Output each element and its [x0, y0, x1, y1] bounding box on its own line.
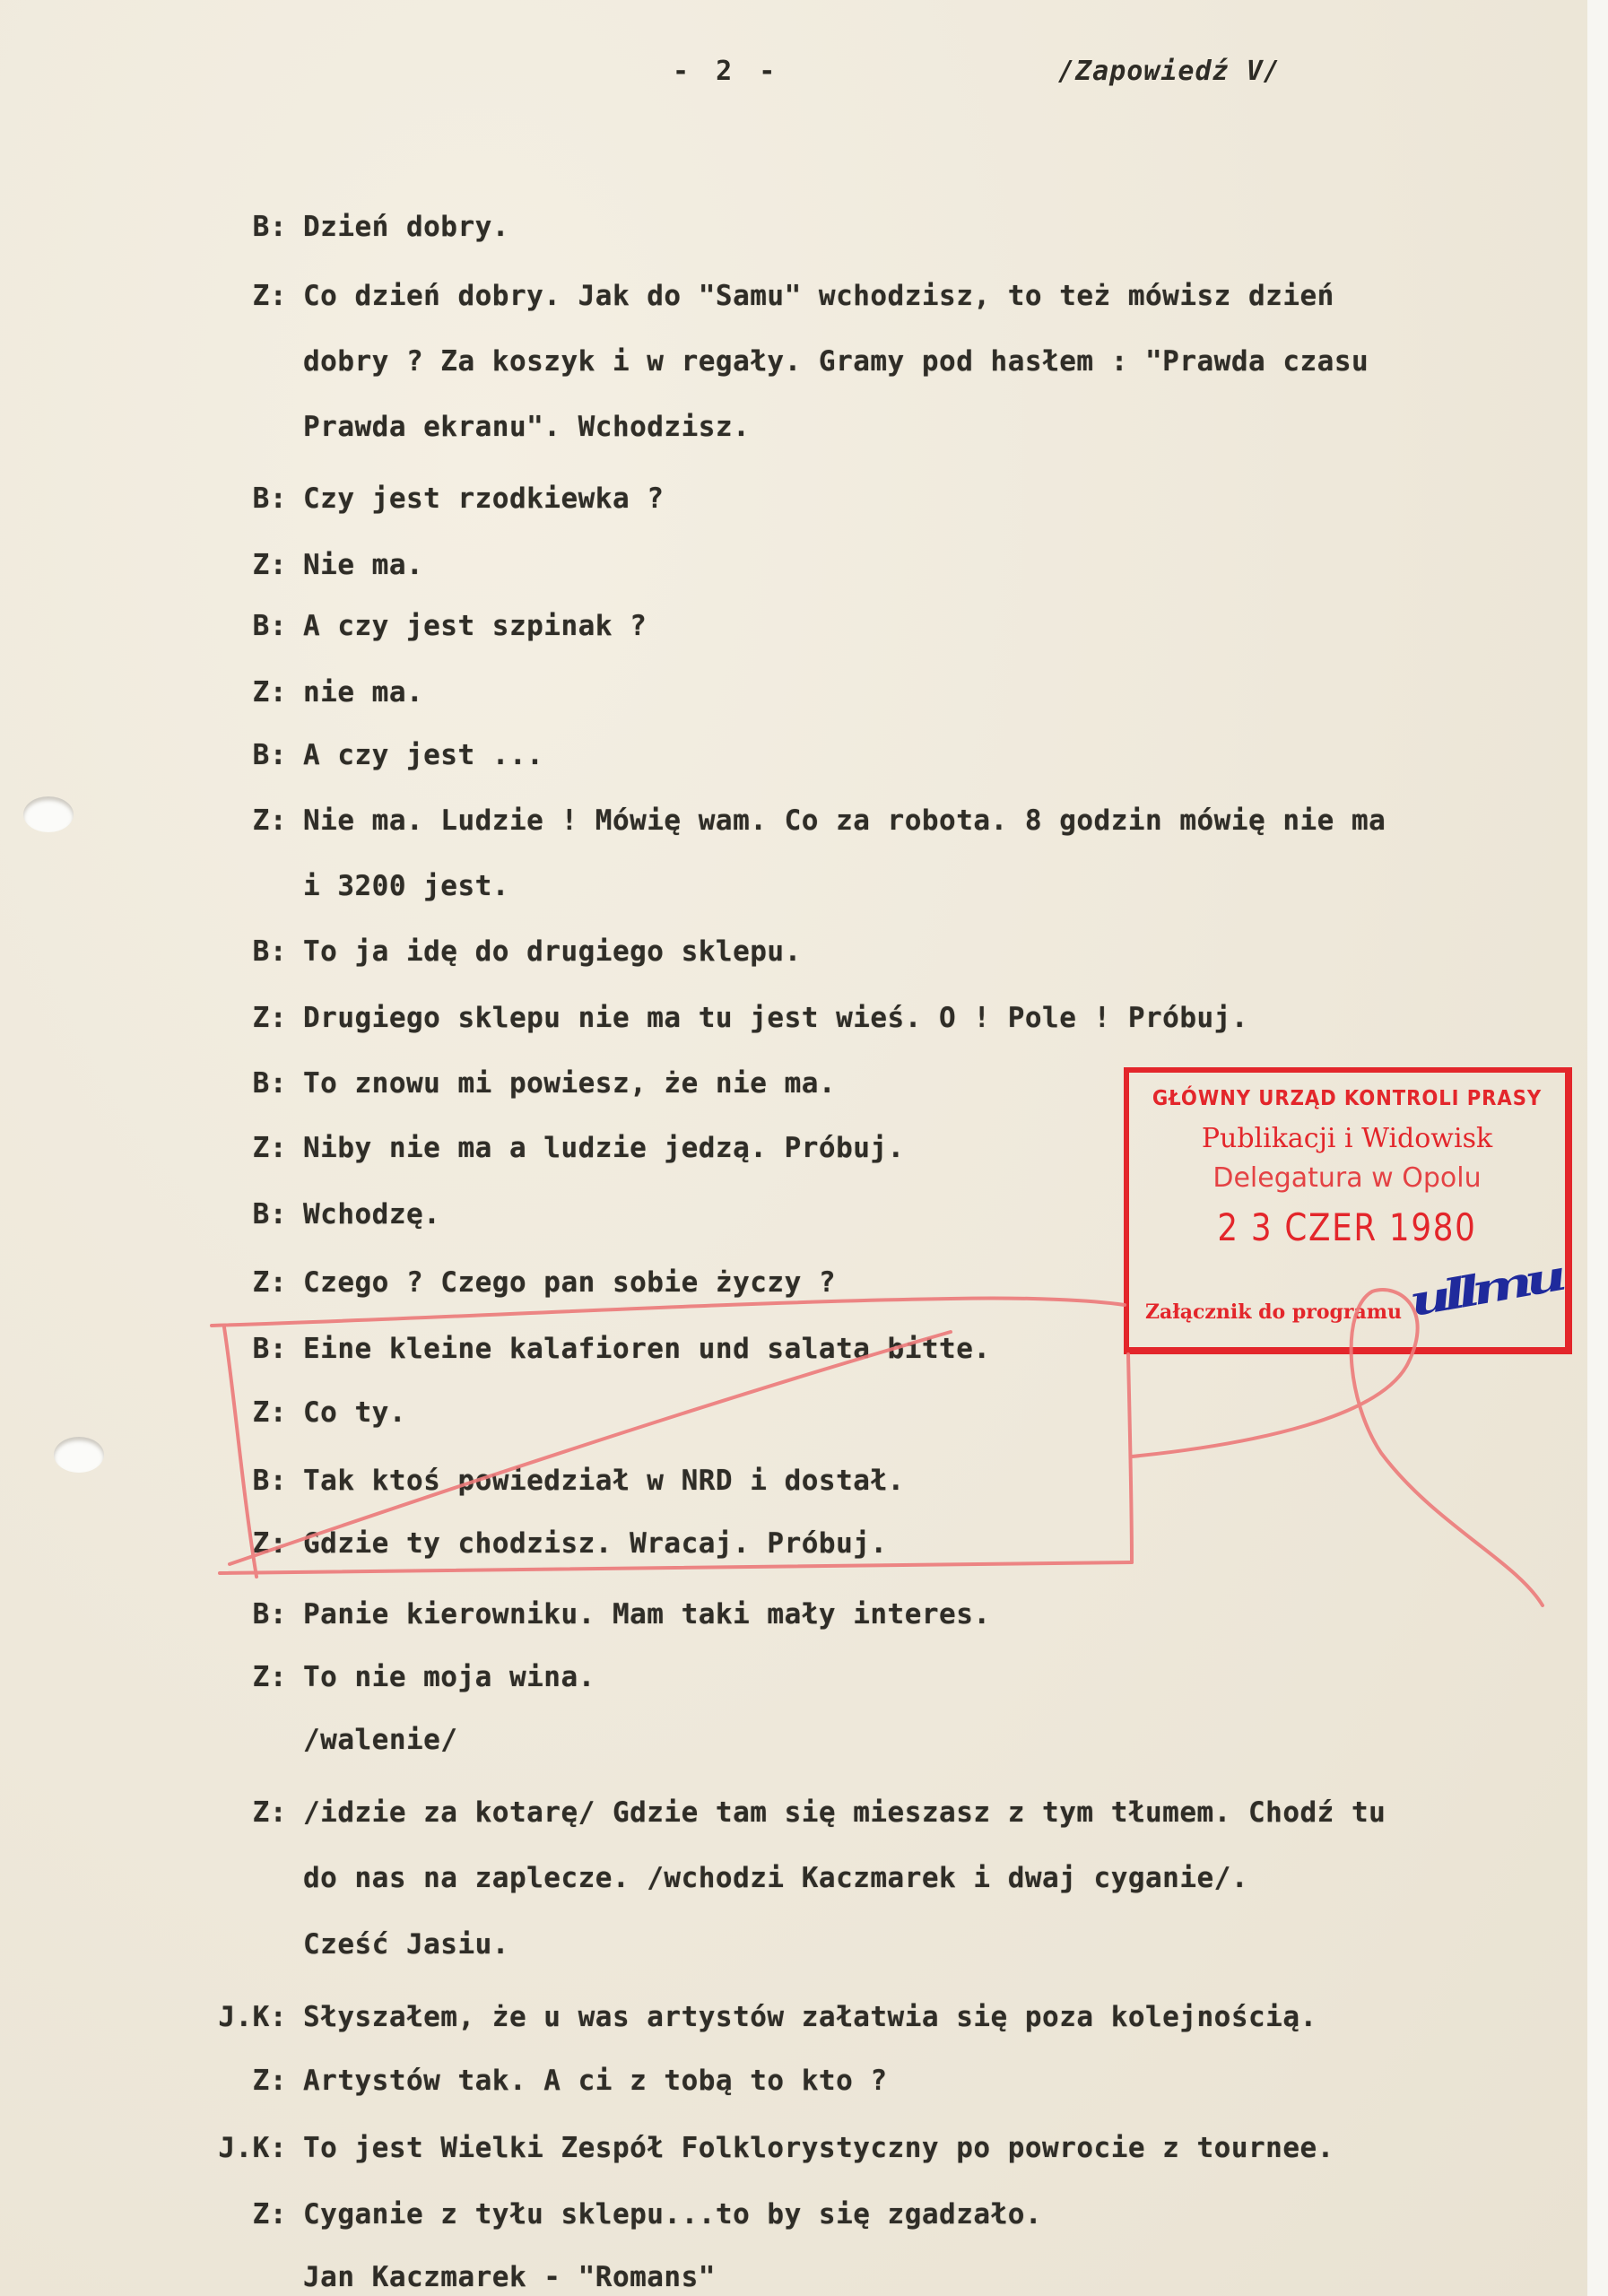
script-line: B:Eine kleine kalafioren und salata bitt… [233, 1333, 991, 1365]
speaker-label: B: [233, 1198, 287, 1231]
line-text: Artystów tak. A ci z tobą to kto ? [303, 2065, 888, 2097]
script-line: Z:Nie ma. Ludzie ! Mówię wam. Co za robo… [233, 804, 1386, 837]
speaker-label: B: [233, 211, 287, 243]
script-line: Jan Kaczmarek - "Romans" [303, 2261, 716, 2293]
line-text: dobry ? Za koszyk i w regały. Gramy pod … [303, 345, 1369, 378]
script-line: J.K:To jest Wielki Zespół Folklorystyczn… [178, 2132, 1334, 2164]
speaker-label: B: [233, 610, 287, 642]
scan-background [1587, 0, 1608, 2296]
line-text: Prawda ekranu". Wchodzisz. [303, 411, 750, 443]
line-text: Niby nie ma a ludzie jedzą. Próbuj. [303, 1132, 905, 1164]
script-line: J.K:Słyszałem, że u was artystów załatwi… [178, 2001, 1317, 2033]
speaker-label: Z: [233, 1661, 287, 1693]
line-text: A czy jest szpinak ? [303, 610, 647, 642]
page-number: - 2 - [673, 56, 780, 87]
line-text: To nie moja wina. [303, 1661, 595, 1693]
line-text: Drugiego sklepu nie ma tu jest wieś. O !… [303, 1002, 1248, 1034]
line-text: A czy jest ... [303, 739, 543, 771]
speaker-label: B: [233, 1465, 287, 1497]
script-line: Z:Cyganie z tyłu sklepu...to by się zgad… [233, 2198, 1042, 2231]
script-line: Z:Nie ma. [233, 549, 423, 581]
speaker-label: B: [233, 739, 287, 771]
speaker-label: B: [233, 935, 287, 968]
script-line: Prawda ekranu". Wchodzisz. [303, 411, 750, 443]
script-line: Z:To nie moja wina. [233, 1661, 595, 1693]
line-text: Nie ma. Ludzie ! Mówię wam. Co za robota… [303, 804, 1386, 837]
line-text: Tak ktoś powiedział w NRD i dostał. [303, 1465, 905, 1497]
script-line: i 3200 jest. [303, 870, 509, 902]
line-text: To znowu mi powiesz, że nie ma. [303, 1067, 836, 1100]
stamp-note: Załącznik do programu [1145, 1300, 1402, 1324]
script-line: Z:nie ma. [233, 676, 423, 709]
script-line: Z:Artystów tak. A ci z tobą to kto ? [233, 2065, 888, 2097]
script-line: dobry ? Za koszyk i w regały. Gramy pod … [303, 345, 1369, 378]
page-header: - 2 - /Zapowiedź V/ [0, 47, 1608, 100]
script-line: B:To znowu mi powiesz, że nie ma. [233, 1067, 836, 1100]
line-text: Słyszałem, że u was artystów załatwia si… [303, 2001, 1317, 2033]
speaker-label: B: [233, 1333, 287, 1365]
speaker-label: J.K: [178, 2132, 287, 2164]
script-line: B:Panie kierowniku. Mam taki mały intere… [233, 1598, 991, 1631]
speaker-label: Z: [233, 804, 287, 837]
line-text: Wchodzę. [303, 1198, 440, 1231]
script-line: Z:/idzie za kotarę/ Gdzie tam się miesza… [233, 1796, 1386, 1829]
line-text: Eine kleine kalafioren und salata bitte. [303, 1333, 991, 1365]
script-line: B:Dzień dobry. [233, 211, 509, 243]
line-text: Czy jest rzodkiewka ? [303, 483, 664, 515]
line-text: Dzień dobry. [303, 211, 509, 243]
script-line: Z:Co dzień dobry. Jak do "Samu" wchodzis… [233, 280, 1334, 312]
punch-hole-bottom [54, 1437, 104, 1473]
speaker-label: Z: [233, 280, 287, 312]
script-line: Z:Czego ? Czego pan sobie życzy ? [233, 1266, 836, 1299]
script-line: Z:Co ty. [233, 1396, 406, 1429]
speaker-label: Z: [233, 2198, 287, 2231]
stamp-office: GŁÓWNY URZĄD KONTROLI PRASY [1146, 1087, 1547, 1110]
script-line: Z:Drugiego sklepu nie ma tu jest wieś. O… [233, 1002, 1248, 1034]
line-text: /walenie/ [303, 1724, 457, 1756]
script-line: do nas na zaplecze. /wchodzi Kaczmarek i… [303, 1862, 1248, 1894]
line-text: do nas na zaplecze. /wchodzi Kaczmarek i… [303, 1862, 1248, 1894]
script-line: B:Wchodzę. [233, 1198, 440, 1231]
script-line: B:Czy jest rzodkiewka ? [233, 483, 664, 515]
script-line: B:A czy jest ... [233, 739, 543, 771]
speaker-label: B: [233, 1598, 287, 1631]
line-text: Co dzień dobry. Jak do "Samu" wchodzisz,… [303, 280, 1334, 312]
speaker-label: Z: [233, 1396, 287, 1429]
script-line: Z:Gdzie ty chodzisz. Wracaj. Próbuj. [233, 1527, 888, 1560]
line-text: Panie kierowniku. Mam taki mały interes. [303, 1598, 991, 1631]
script-line: Cześć Jasiu. [303, 1928, 509, 1961]
speaker-label: Z: [233, 2065, 287, 2097]
script-line: B:To ja idę do drugiego sklepu. [233, 935, 802, 968]
script-line: /walenie/ [303, 1724, 457, 1756]
speaker-label: Z: [233, 1002, 287, 1034]
speaker-label: Z: [233, 676, 287, 709]
script-line: B:A czy jest szpinak ? [233, 610, 647, 642]
speaker-label: Z: [233, 1527, 287, 1560]
script-line: Z:Niby nie ma a ludzie jedzą. Próbuj. [233, 1132, 905, 1164]
censor-stamp: GŁÓWNY URZĄD KONTROLI PRASY Publikacji i… [1124, 1067, 1572, 1354]
speaker-label: Z: [233, 1796, 287, 1829]
line-text: To ja idę do drugiego sklepu. [303, 935, 802, 968]
section-label: /Zapowiedź V/ [1058, 56, 1281, 87]
line-text: Czego ? Czego pan sobie życzy ? [303, 1266, 836, 1299]
stamp-date: 2 3 CZER 1980 [1161, 1205, 1532, 1249]
speaker-label: J.K: [178, 2001, 287, 2033]
line-text: Gdzie ty chodzisz. Wracaj. Próbuj. [303, 1527, 888, 1560]
line-text: /idzie za kotarę/ Gdzie tam się mieszasz… [303, 1796, 1386, 1829]
line-text: Cyganie z tyłu sklepu...to by się zgadza… [303, 2198, 1042, 2231]
speaker-label: B: [233, 1067, 287, 1100]
line-text: Co ty. [303, 1396, 406, 1429]
punch-hole-top [23, 796, 74, 832]
line-text: Nie ma. [303, 549, 423, 581]
line-text: nie ma. [303, 676, 423, 709]
speaker-label: B: [233, 483, 287, 515]
script-line: B:Tak ktoś powiedział w NRD i dostał. [233, 1465, 905, 1497]
stamp-department: Publikacji i Widowisk [1129, 1123, 1565, 1154]
speaker-label: Z: [233, 1266, 287, 1299]
speaker-label: Z: [233, 1132, 287, 1164]
speaker-label: Z: [233, 549, 287, 581]
line-text: i 3200 jest. [303, 870, 509, 902]
line-text: Jan Kaczmarek - "Romans" [303, 2261, 716, 2293]
line-text: Cześć Jasiu. [303, 1928, 509, 1961]
line-text: To jest Wielki Zespół Folklorystyczny po… [303, 2132, 1334, 2164]
stamp-branch: Delegatura w Opolu [1129, 1162, 1565, 1194]
